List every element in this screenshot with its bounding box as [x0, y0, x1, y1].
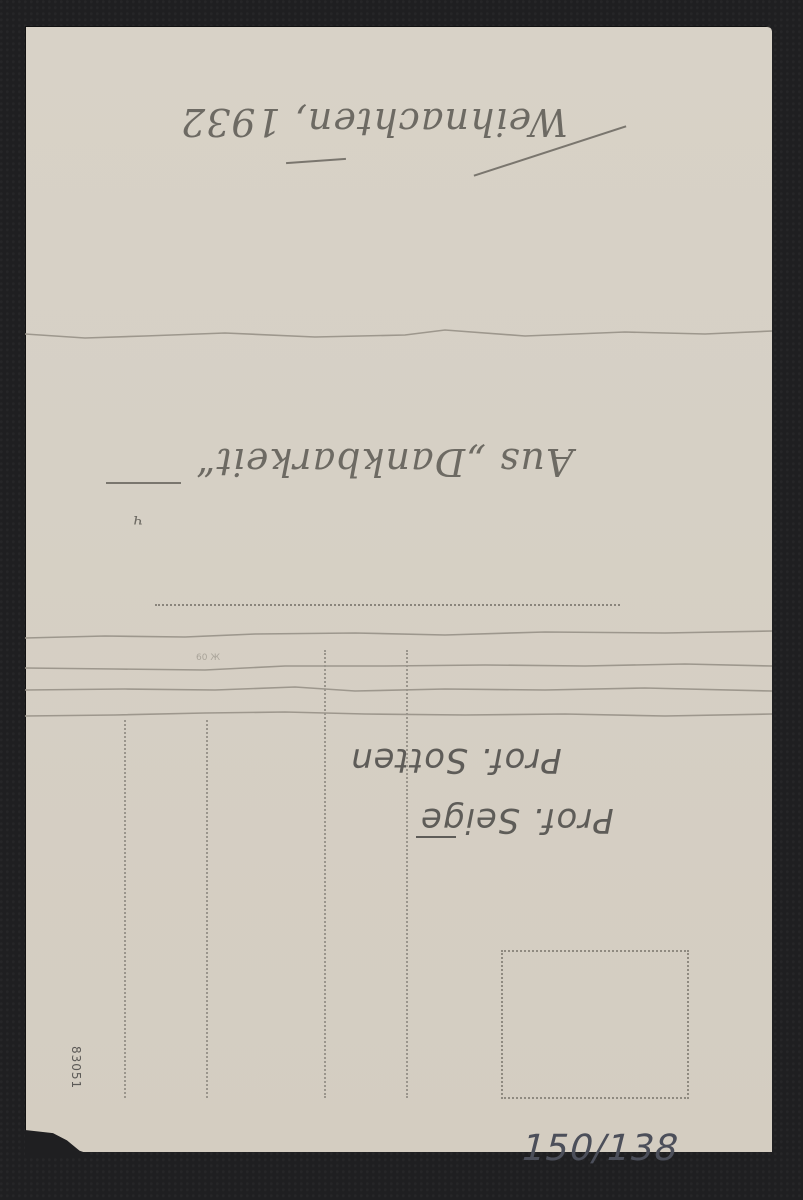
publisher-number: 83051 — [69, 1046, 83, 1089]
handwritten-dedication: Aus „Dankbarkeit“ — [195, 440, 573, 484]
crease-line — [25, 708, 772, 722]
handwritten-address-line-1: Prof. Sotten — [350, 740, 562, 780]
stamp-box — [501, 950, 689, 1099]
crease-line — [25, 628, 772, 642]
archive-inventory-number: 150/138 — [517, 1128, 684, 1169]
pen-flourish — [416, 836, 456, 838]
pen-flourish — [106, 482, 181, 484]
handwritten-address-line-2: Prof. Seige — [420, 800, 614, 840]
crease-line — [25, 660, 772, 674]
address-divider-dotted — [324, 650, 326, 1098]
faint-printed-mark: 60 Ж — [196, 653, 220, 663]
crease-line — [25, 328, 772, 342]
address-divider-dotted — [206, 720, 208, 1098]
message-divider-dotted — [155, 604, 620, 606]
address-divider-dotted — [124, 720, 126, 1098]
address-divider-dotted — [406, 650, 408, 1098]
handwritten-date: Weihnachten, 1932 — [180, 100, 568, 144]
crease-line — [25, 684, 772, 698]
handwritten-mark: ч — [132, 512, 143, 531]
